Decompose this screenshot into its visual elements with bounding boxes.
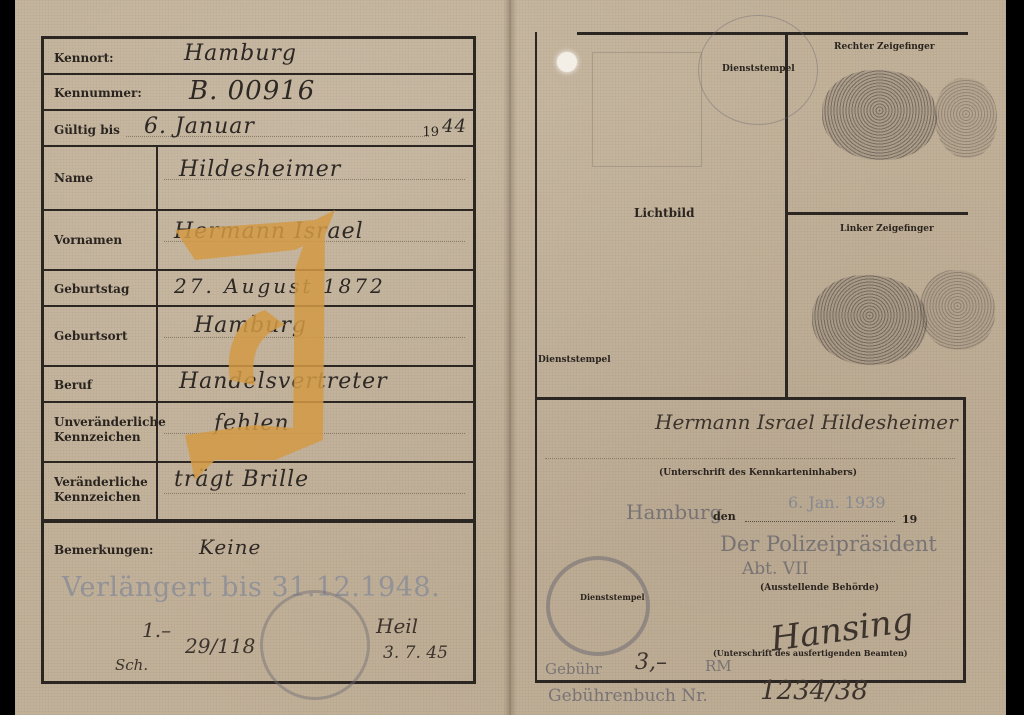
fee-amount: 3,– (635, 650, 667, 675)
center-fold (503, 0, 517, 715)
authority-caption: (Ausstellende Behörde) (760, 583, 879, 593)
right-index-finger-label: Rechter Zeigefinger (834, 42, 935, 52)
fee-ledger-number: 1234/38 (760, 676, 868, 706)
extension-stamp: Verlängert bis 31.12.1948. (62, 572, 440, 603)
official-round-stamp (546, 556, 650, 656)
fee-label: Gebühr (545, 660, 602, 678)
field-value: fehlen (214, 411, 290, 436)
signature-frame-right (963, 397, 966, 683)
holder-signature: Hermann Israel Hildesheimer (655, 410, 958, 434)
field-label: Gültig bis (54, 123, 120, 138)
photo-stamp-label-bottom: Dienststempel (538, 355, 611, 365)
field-value: Handelsvertreter (179, 369, 388, 394)
signature-frame-bottom (535, 680, 966, 683)
holder-signature-caption: (Unterschrift des Kennkarteninhabers) (659, 468, 857, 478)
field-value: 27. August 1872 (174, 274, 386, 298)
right-fingerprint-smear (935, 78, 997, 158)
punch-hole (557, 52, 577, 72)
year-suffix: 44 (442, 116, 467, 137)
field-value: trägt Brille (174, 467, 309, 492)
fee-note-2: 29/118 (185, 634, 255, 658)
dotted-line (545, 458, 955, 459)
photo-ghost-outline (592, 52, 702, 167)
right-fingerprint (822, 70, 937, 160)
fee-currency: RM (705, 657, 732, 675)
field-kennummer: Kennummer: B. 00916 (44, 75, 473, 111)
official-signature-caption: (Unterschrift des ausfertigenden Beamten… (713, 648, 908, 658)
dotted-line (164, 433, 465, 434)
initials-short: Sch. (115, 656, 148, 674)
field-value: Hildesheimer (179, 157, 341, 182)
field-gueltig-bis: Gültig bis 6. Januar 19 44 (44, 111, 473, 147)
field-veraenderliche-kennzeichen: Veränderliche Kennzeichen trägt Brille (44, 463, 473, 523)
fingerprint-divider (788, 212, 968, 215)
issue-year-prefix: 19 (902, 513, 917, 526)
field-label: Vornamen (54, 233, 122, 248)
field-label: Geburtstag (54, 282, 129, 297)
fee-note-1: 1.– (142, 618, 171, 642)
field-label: Unveränderliche Kennzeichen (54, 415, 154, 445)
field-label: Kennort: (54, 51, 114, 66)
dotted-line (745, 521, 895, 522)
signature-frame-top (535, 397, 965, 400)
photo-stamp-label-top: Dienststempel (722, 64, 795, 74)
fee-ledger-label: Gebührenbuch Nr. (548, 686, 708, 706)
field-value: 6. Januar (144, 114, 255, 139)
field-label: Geburtsort (54, 329, 128, 344)
issue-den: den (713, 510, 736, 523)
field-geburtsort: Geburtsort Hamburg (44, 307, 473, 367)
faded-round-stamp (260, 590, 370, 700)
field-label: Veränderliche Kennzeichen (54, 475, 154, 505)
year-prefix: 19 (422, 125, 439, 140)
remarks-value: Keine (199, 535, 261, 559)
field-vornamen: Vornamen Hermann Israel (44, 211, 473, 271)
authority-line-1: Der Polizeipräsident (720, 532, 937, 556)
field-value: B. 00916 (189, 76, 315, 106)
official-stamp-label: Dienststempel (580, 592, 645, 602)
field-name: Name Hildesheimer (44, 147, 473, 211)
remarks-label: Bemerkungen: (54, 543, 153, 558)
field-value: Hamburg (184, 41, 297, 66)
issue-date-stamp: 6. Jan. 1939 (788, 493, 886, 512)
field-geburtstag: Geburtstag 27. August 1872 (44, 271, 473, 307)
left-fingerprint-smear (920, 270, 995, 350)
field-label: Kennummer: (54, 86, 142, 101)
dotted-line (164, 493, 465, 494)
date-note: 3. 7. 45 (383, 643, 448, 663)
left-fingerprint (812, 275, 927, 365)
field-beruf: Beruf Handelsvertreter (44, 367, 473, 403)
photo-frame-left (535, 32, 537, 398)
column-divider (156, 147, 158, 522)
issue-place: Hamburg (626, 500, 722, 524)
left-index-finger-label: Linker Zeigefinger (840, 224, 934, 234)
field-label: Name (54, 171, 93, 186)
field-value: Hermann Israel (174, 219, 364, 244)
field-value: Hamburg (194, 313, 307, 338)
field-kennort: Kennort: Hamburg (44, 39, 473, 75)
fingerprint-frame-top (788, 32, 968, 35)
initials: Heil (376, 614, 418, 638)
field-unveraenderliche-kennzeichen: Unveränderliche Kennzeichen fehlen (44, 403, 473, 463)
authority-line-2: Abt. VII (742, 559, 809, 579)
signature-frame-left (535, 397, 537, 683)
photo-label: Lichtbild (634, 206, 694, 220)
field-label: Beruf (54, 378, 92, 393)
